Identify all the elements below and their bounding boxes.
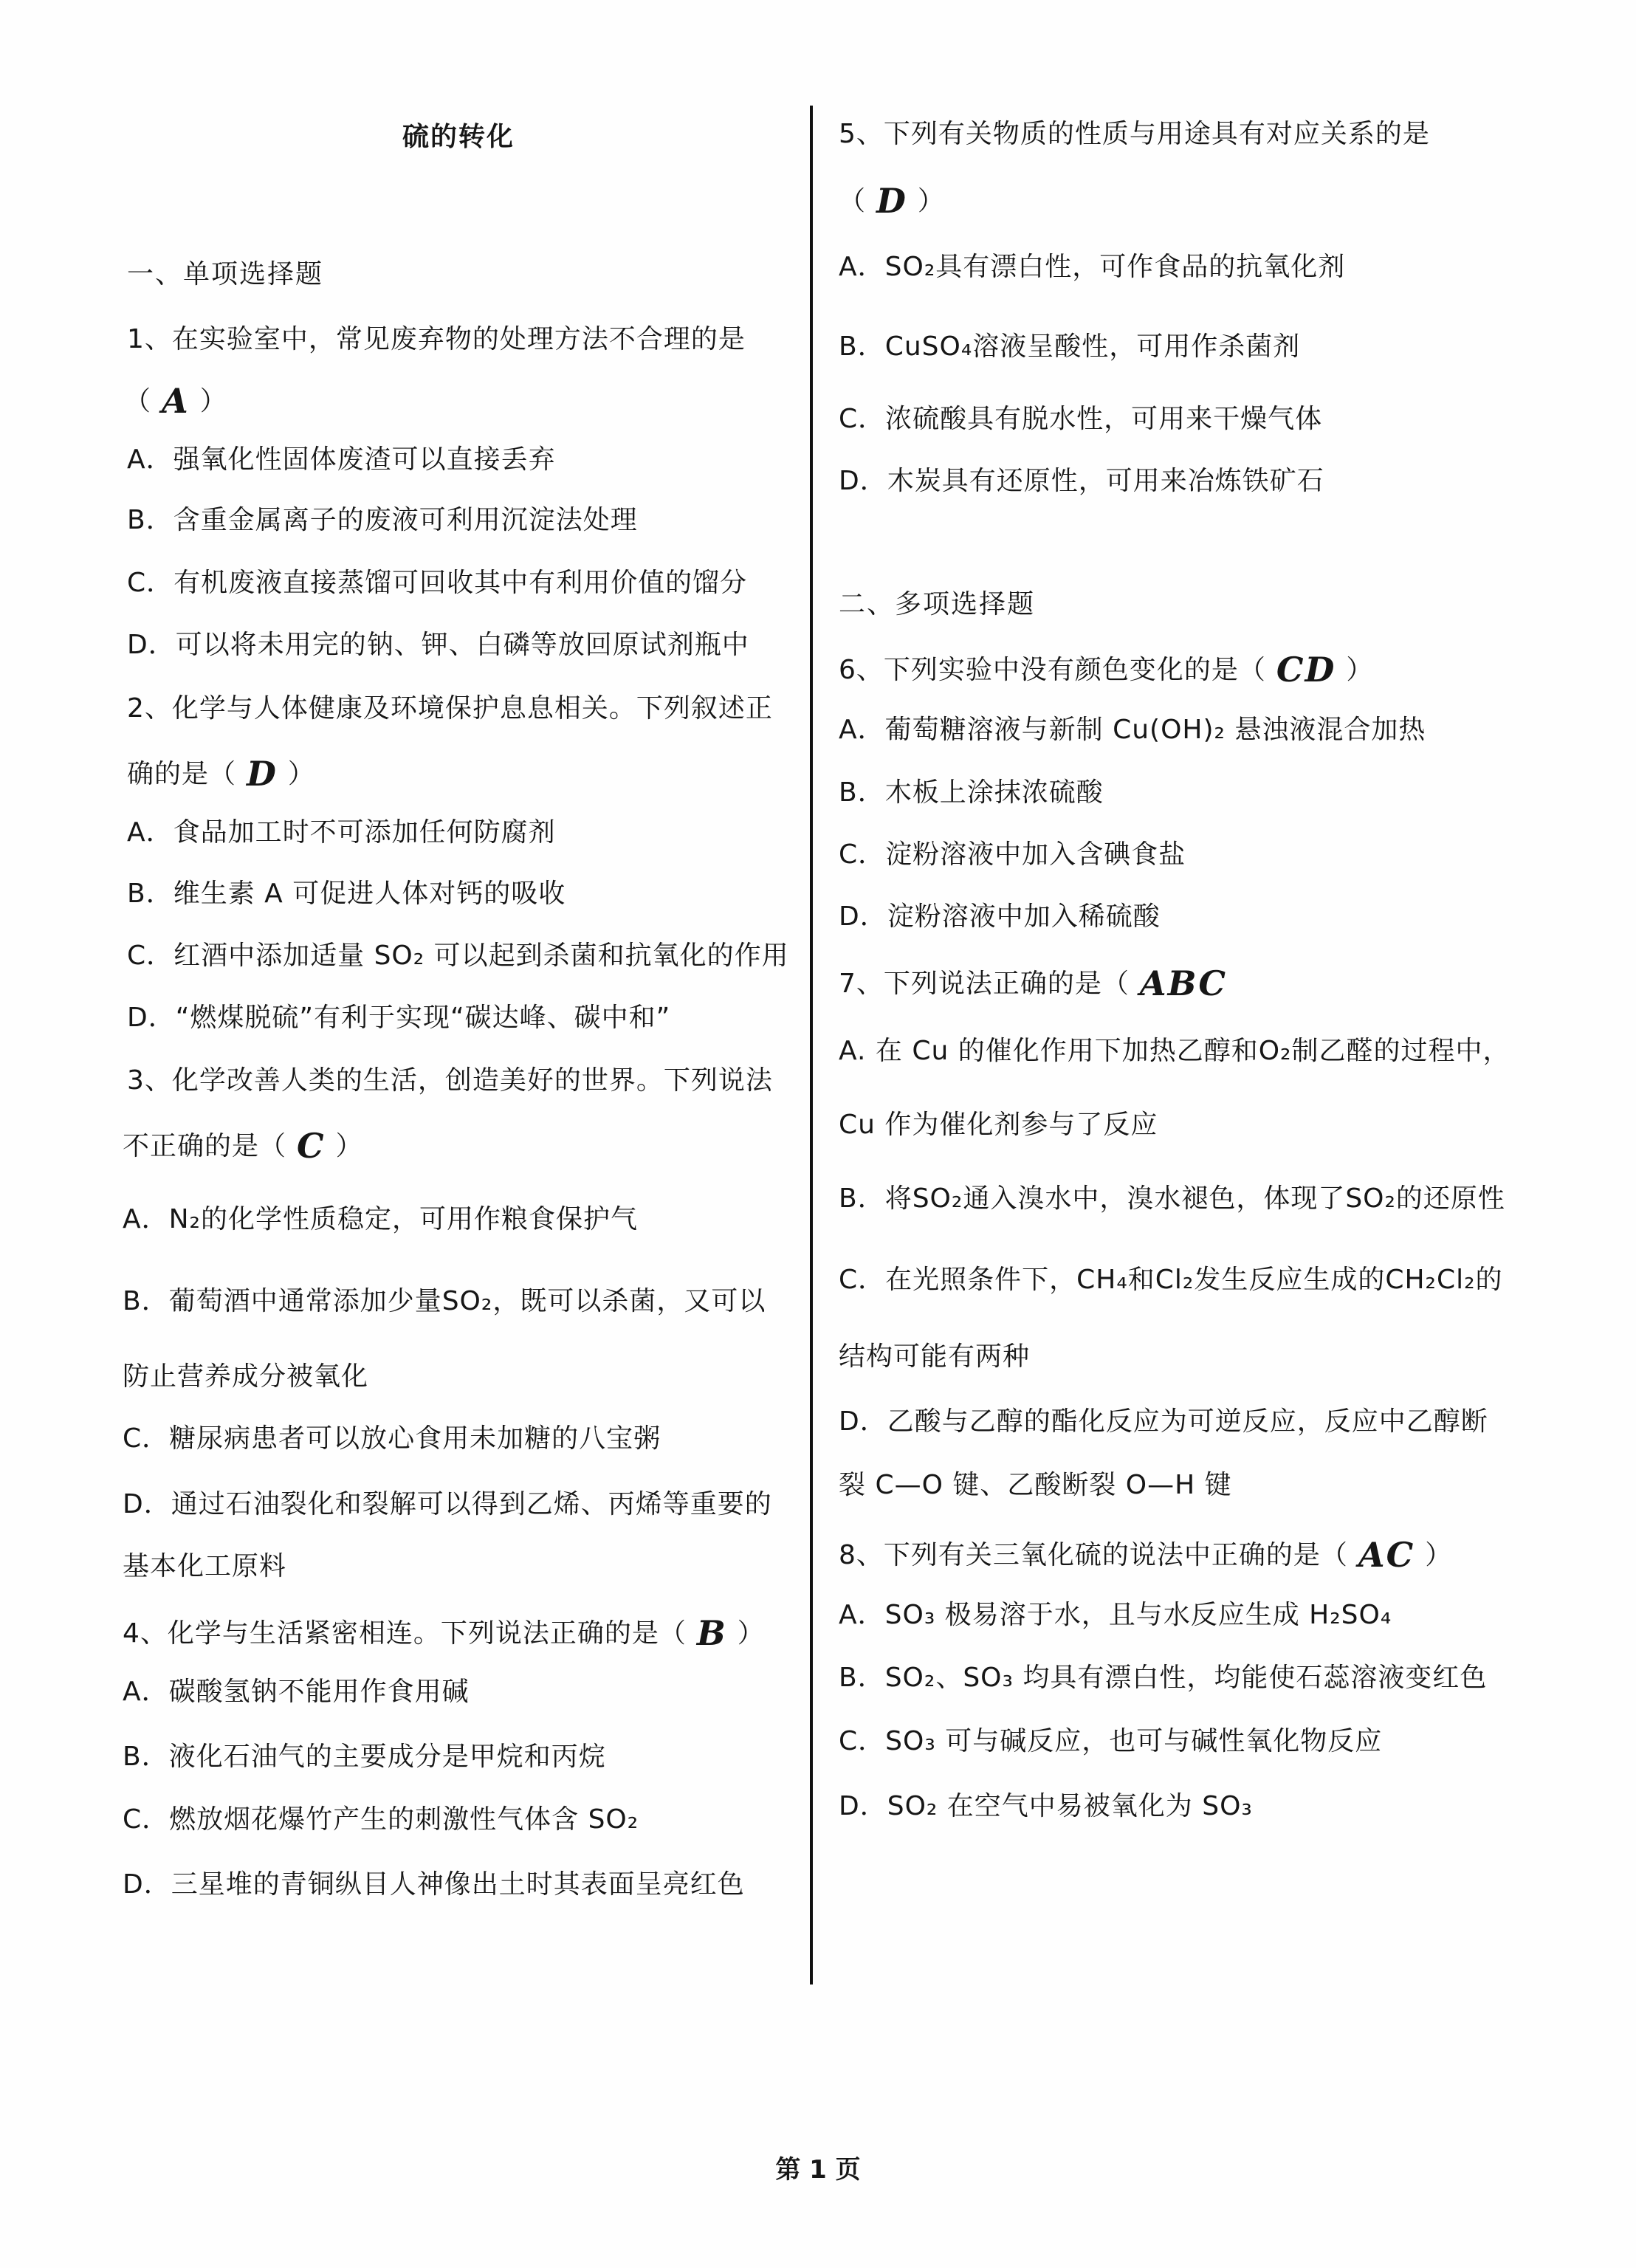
question-7-option-b: B．将SO₂通入溴水中，溴水褪色，体现了SO₂的还原性 <box>839 1183 1505 1215</box>
question-1-option-a: A．强氧化性固体废渣可以直接丢弃 <box>127 444 556 476</box>
close-paren: ） <box>918 186 945 216</box>
section-heading-multiple-choice: 二、多项选择题 <box>839 588 1035 621</box>
question-3-answer-line: 不正确的是（C） <box>123 1127 363 1159</box>
question-2-option-a: A．食品加工时不可添加任何防腐剂 <box>127 817 556 849</box>
close-paren: ） <box>336 1131 363 1161</box>
question-6-option-d: D．淀粉溶液中加入稀硫酸 <box>839 901 1161 933</box>
question-5-option-c: C．浓硫酸具有脱水性，可用来干燥气体 <box>839 403 1322 436</box>
question-5-stem: 5、下列有关物质的性质与用途具有对应关系的是 <box>839 118 1430 151</box>
close-paren: ） <box>1425 1540 1452 1570</box>
question-3-option-b-cont: 防止营养成分被氧化 <box>123 1361 368 1393</box>
handwritten-answer: CD <box>1276 653 1336 686</box>
handwritten-answer: C <box>297 1130 326 1162</box>
question-2-stem-cont: 确的是（ <box>127 759 236 789</box>
question-1-option-d: D．可以将未用完的钠、钾、白磷等放回原试剂瓶中 <box>127 629 749 661</box>
handwritten-answer: A <box>162 385 190 417</box>
question-1-option-b: B．含重金属离子的废液可利用沉淀法处理 <box>127 504 638 537</box>
page-number: 第 1 页 <box>0 2155 1636 2185</box>
question-4-option-d: D．三星堆的青铜纵目人神像出土时其表面呈亮红色 <box>123 1869 745 1901</box>
question-1-answer-line: （A） <box>124 382 227 414</box>
document-title: 硫的转化 <box>402 121 515 154</box>
question-3-option-c: C．糖尿病患者可以放心食用未加糖的八宝粥 <box>123 1423 661 1455</box>
question-3-stem: 3、化学改善人类的生活，创造美好的世界。下列说法 <box>127 1065 773 1097</box>
question-6-option-a: A．葡萄糖溶液与新制 Cu(OH)₂ 悬浊液混合加热 <box>839 714 1426 746</box>
question-3-option-d-cont: 基本化工原料 <box>123 1550 286 1583</box>
question-7-option-d: D．乙酸与乙醇的酯化反应为可逆反应，反应中乙醇断 <box>839 1406 1488 1438</box>
question-6-stem: 6、下列实验中没有颜色变化的是（CD） <box>839 650 1373 683</box>
column-divider <box>810 106 813 1984</box>
question-7-stem-text: 7、下列说法正确的是（ <box>839 969 1130 999</box>
section-heading-single-choice: 一、单项选择题 <box>127 258 323 291</box>
question-3-stem-cont: 不正确的是（ <box>123 1131 286 1161</box>
question-7-option-d-cont: 裂 C—O 键、乙酸断裂 O—H 键 <box>839 1469 1232 1502</box>
question-8-option-a: A．SO₃ 极易溶于水，且与水反应生成 H₂SO₄ <box>839 1599 1392 1632</box>
question-8-stem: 8、下列有关三氧化硫的说法中正确的是（AC） <box>839 1536 1452 1568</box>
question-4-stem: 4、化学与生活紧密相连。下列说法正确的是（B） <box>123 1614 765 1646</box>
question-8-stem-text: 8、下列有关三氧化硫的说法中正确的是（ <box>839 1540 1348 1570</box>
question-2-option-c: C．红酒中添加适量 SO₂ 可以起到杀菌和抗氧化的作用 <box>127 940 789 972</box>
question-4-option-b: B．液化石油气的主要成分是甲烷和丙烷 <box>123 1741 606 1773</box>
question-6-stem-text: 6、下列实验中没有颜色变化的是（ <box>839 655 1266 685</box>
handwritten-answer: D <box>876 185 907 217</box>
question-8-option-b: B．SO₂、SO₃ 均具有漂白性，均能使石蕊溶液变红色 <box>839 1662 1487 1694</box>
exam-page: 硫的转化 一、单项选择题 1、在实验室中，常见废弃物的处理方法不合理的是 （A）… <box>0 0 1636 2268</box>
question-8-option-d: D．SO₂ 在空气中易被氧化为 SO₃ <box>839 1790 1253 1823</box>
handwritten-answer: AC <box>1358 1539 1415 1571</box>
question-2-option-b: B．维生素 A 可促进人体对钙的吸收 <box>127 878 566 910</box>
question-5-option-a: A．SO₂具有漂白性，可作食品的抗氧化剂 <box>839 251 1345 283</box>
question-4-option-a: A．碳酸氢钠不能用作食用碱 <box>123 1676 470 1708</box>
question-5-option-d: D．木炭具有还原性，可用来冶炼铁矿石 <box>839 465 1324 498</box>
handwritten-answer: B <box>697 1617 727 1649</box>
question-5-answer-line: （D） <box>839 182 945 214</box>
close-paren: ） <box>200 386 227 416</box>
handwritten-answer: ABC <box>1140 967 1227 1000</box>
question-6-option-b: B．木板上涂抹浓硫酸 <box>839 777 1104 809</box>
question-7-option-c: C．在光照条件下，CH₄和Cl₂发生反应生成的CH₂Cl₂的 <box>839 1264 1503 1296</box>
question-7-stem: 7、下列说法正确的是（ABC <box>839 964 1237 997</box>
question-5-option-b: B．CuSO₄溶液呈酸性，可用作杀菌剂 <box>839 331 1300 363</box>
question-6-option-c: C．淀粉溶液中加入含碘食盐 <box>839 839 1186 871</box>
open-paren: （ <box>124 386 151 416</box>
open-paren: （ <box>839 186 866 216</box>
handwritten-answer: D <box>247 757 278 790</box>
question-7-option-c-cont: 结构可能有两种 <box>839 1341 1030 1373</box>
question-8-option-c: C．SO₃ 可与碱反应，也可与碱性氧化物反应 <box>839 1725 1382 1758</box>
close-paren: ） <box>1346 655 1373 685</box>
question-7-option-a-cont: Cu 作为催化剂参与了反应 <box>839 1109 1158 1141</box>
question-1-stem: 1、在实验室中，常见废弃物的处理方法不合理的是 <box>127 323 746 356</box>
close-paren: ） <box>288 759 315 789</box>
question-4-option-c: C．燃放烟花爆竹产生的刺激性气体含 SO₂ <box>123 1804 639 1836</box>
question-7-option-a: A. 在 Cu 的催化作用下加热乙醇和O₂制乙醛的过程中， <box>839 1035 1510 1068</box>
question-2-answer-line: 确的是（D） <box>127 755 315 787</box>
question-3-option-b: B．葡萄酒中通常添加少量SO₂，既可以杀菌，又可以 <box>123 1285 766 1318</box>
question-3-option-a: A．N₂的化学性质稳定，可用作粮食保护气 <box>123 1203 638 1236</box>
question-2-stem: 2、化学与人体健康及环境保护息息相关。下列叙述正 <box>127 693 773 725</box>
question-1-option-c: C．有机废液直接蒸馏可回收其中有利用价值的馏分 <box>127 567 747 599</box>
question-4-stem-text: 4、化学与生活紧密相连。下列说法正确的是（ <box>123 1618 687 1649</box>
question-3-option-d: D．通过石油裂化和裂解可以得到乙烯、丙烯等重要的 <box>123 1488 772 1521</box>
close-paren: ） <box>738 1618 765 1649</box>
question-2-option-d: D．“燃煤脱硫”有利于实现“碳达峰、碳中和” <box>127 1002 670 1034</box>
